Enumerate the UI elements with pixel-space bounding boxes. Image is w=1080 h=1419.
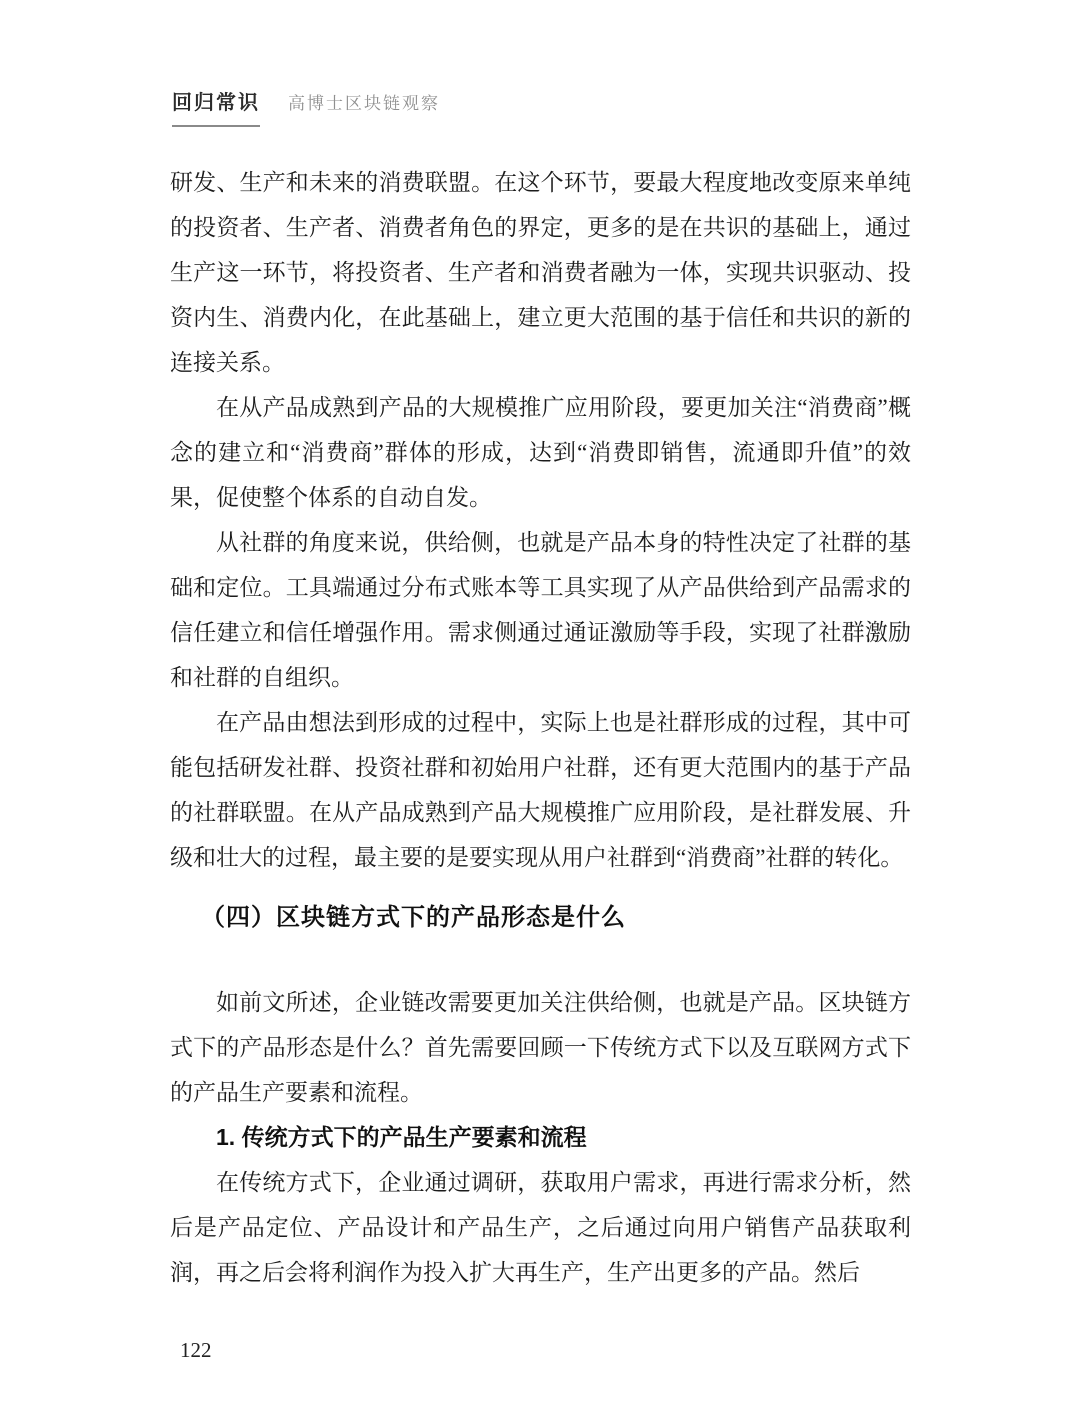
section-heading: （四）区块链方式下的产品形态是什么 [170, 895, 911, 940]
book-page: 回归常识高博士区块链观察 研发、生产和未来的消费联盟。在这个环节，要最大程度地改… [0, 0, 1080, 1419]
paragraph-continued: 研发、生产和未来的消费联盟。在这个环节，要最大程度地改变原来单纯的投资者、生产者… [170, 160, 911, 385]
paragraph: 在产品由想法到形成的过程中，实际上也是社群形成的过程，其中可能包括研发社群、投资… [170, 700, 911, 880]
paragraph: 如前文所述，企业链改需要更加关注供给侧，也就是产品。区块链方式下的产品形态是什么… [170, 980, 911, 1115]
page-number: 122 [180, 1338, 212, 1363]
paragraph: 从社群的角度来说，供给侧，也就是产品本身的特性决定了社群的基础和定位。工具端通过… [170, 520, 911, 700]
running-header-title: 回归常识 [172, 92, 260, 114]
running-header-subtitle: 高博士区块链观察 [288, 94, 440, 113]
header-underline [172, 125, 260, 127]
text-column: 研发、生产和未来的消费联盟。在这个环节，要最大程度地改变原来单纯的投资者、生产者… [170, 160, 911, 1295]
paragraph: 在从产品成熟到产品的大规模推广应用阶段，要更加关注“消费商”概念的建立和“消费商… [170, 385, 911, 520]
running-header: 回归常识高博士区块链观察 [172, 86, 440, 115]
subsection-heading: 1. 传统方式下的产品生产要素和流程 [170, 1115, 911, 1160]
paragraph: 在传统方式下，企业通过调研，获取用户需求，再进行需求分析，然后是产品定位、产品设… [170, 1160, 911, 1295]
